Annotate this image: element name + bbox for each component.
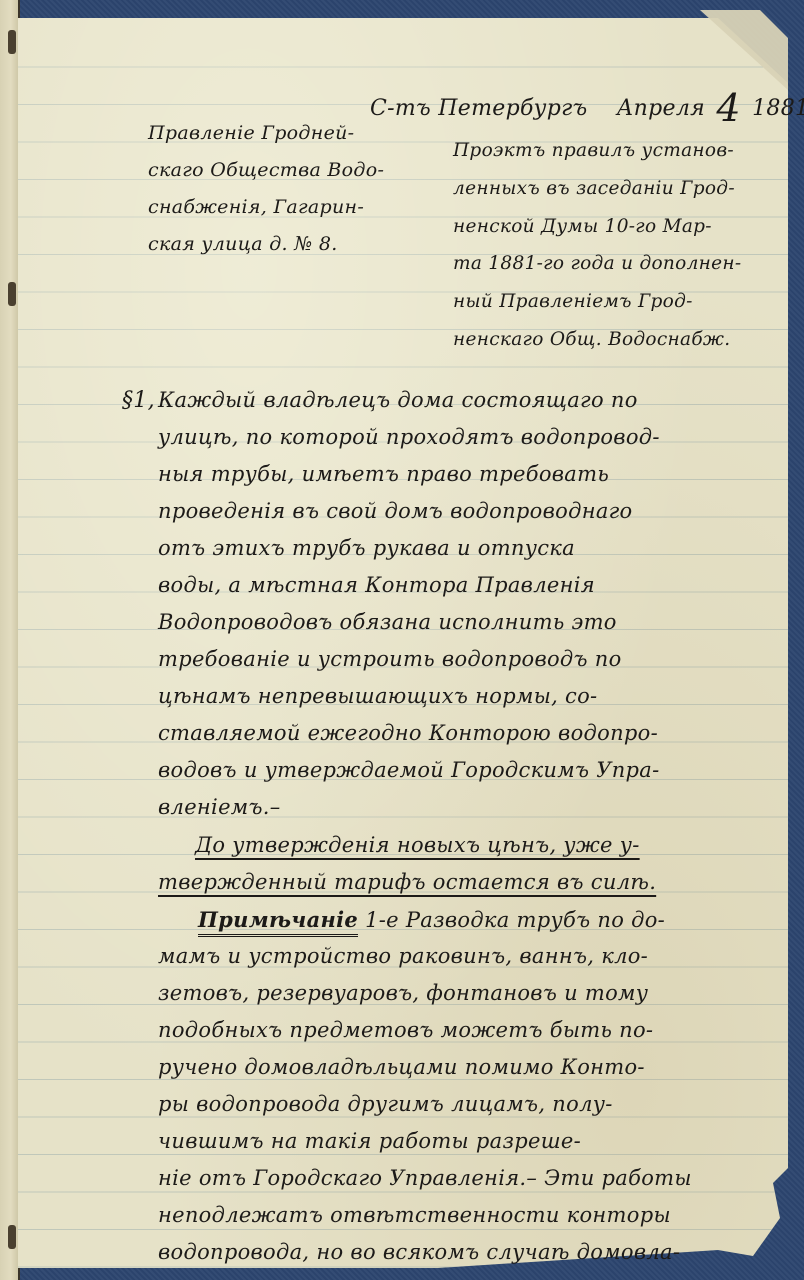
header-month: Апреля — [617, 96, 705, 121]
title-line: ненскаго Общ. Водоснабж. — [453, 329, 730, 350]
note-title: Примѣчаніе — [198, 907, 358, 937]
title-line: ненской Думы 10-го Мар- — [453, 216, 712, 237]
header-year: 1881 го — [752, 96, 804, 121]
section-line: проведенія въ свой домъ водопроводнаго — [158, 499, 633, 523]
sender-line: скаго Общества Водо- — [148, 159, 384, 181]
manuscript-page — [18, 18, 788, 1268]
section-line: требованіе и устроить водопроводъ по — [158, 647, 622, 671]
tariff-clause-line: До утвержденія новыхъ цѣнъ, уже у- — [195, 833, 640, 857]
note-line: ручено домовладѣльцами помимо Конто- — [158, 1055, 645, 1079]
note-line: водопровода, но во всякомъ случаѣ домовл… — [158, 1240, 680, 1264]
section-line: отъ этихъ трубъ рукава и отпуска — [158, 536, 575, 560]
note-heading-line: Примѣчаніе 1-е Разводка трубъ по до- — [198, 907, 665, 932]
binding-thread — [8, 282, 16, 306]
section-line: воды, а мѣстная Контора Правленія — [158, 573, 595, 597]
tariff-clause-line: твержденный тарифъ остается въ силѣ. — [158, 870, 656, 894]
section-line: улицѣ, по которой проходятъ водопровод- — [158, 425, 660, 449]
sender-line: Правленіе Гродней- — [148, 122, 354, 144]
section-line: Каждый владѣлецъ дома состоящаго по — [158, 388, 638, 412]
section-line: водовъ и утверждаемой Городскимъ Упра- — [158, 758, 660, 782]
binding-thread — [8, 30, 16, 54]
section-line: ставляемой ежегодно Конторою водопро- — [158, 721, 658, 745]
note-line: чившимъ на такія работы разреше- — [158, 1129, 581, 1153]
binding-strip — [0, 0, 20, 1280]
title-line: та 1881-го года и дополнен- — [453, 253, 741, 274]
note-line: подобныхъ предметовъ можетъ быть по- — [158, 1018, 653, 1042]
section-line: цѣнамъ непревышающихъ нормы, со- — [158, 684, 597, 708]
note-line: мамъ и устройство раковинъ, ваннъ, кло- — [158, 944, 648, 968]
binding-thread — [8, 1225, 16, 1249]
section-mark: §1, — [122, 388, 155, 413]
section-line: ныя трубы, имѣетъ право требовать — [158, 462, 609, 486]
sender-line: ская улица д. № 8. — [148, 233, 338, 255]
note-line: Разводка трубъ по до- — [406, 908, 665, 932]
header-date-line: С-тъ Петербургъ Апреля 4 1881 го — [370, 80, 804, 124]
note-line: неподлежатъ отвѣтственности конторы — [158, 1203, 671, 1227]
note-line: зетовъ, резервуаровъ, фонтановъ и тому — [158, 981, 648, 1005]
sender-line: снабженія, Гагарин- — [148, 196, 364, 218]
note-line: ры водопровода другимъ лицамъ, полу- — [158, 1092, 613, 1116]
note-line: ніе отъ Городскаго Управленія.– Эти рабо… — [158, 1166, 692, 1190]
header-day: 4 — [716, 86, 740, 130]
title-line: Проэктъ правилъ установ- — [453, 140, 734, 161]
section-line: вленіемъ.– — [158, 795, 281, 819]
header-place: С-тъ Петербургъ — [370, 96, 588, 121]
title-line: ленныхъ въ заседаніи Грод- — [453, 178, 735, 199]
note-number: 1-е — [365, 908, 399, 932]
section-line: Водопроводовъ обязана исполнить это — [158, 610, 617, 634]
title-line: ный Правленіемъ Грод- — [453, 291, 693, 312]
